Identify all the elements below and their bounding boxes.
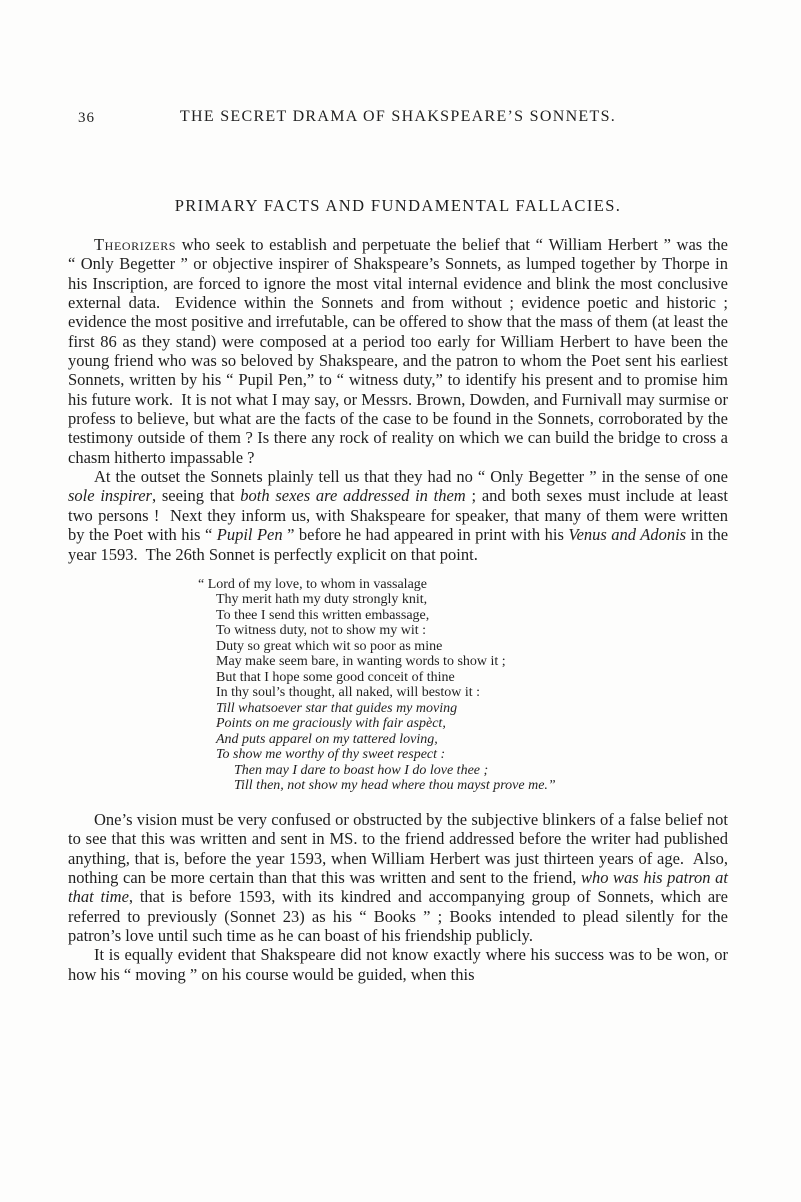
- poem-line: Duty so great which wit so poor as mine: [216, 639, 728, 655]
- running-header: THE SECRET DRAMA OF SHAKSPEARE’S SONNETS…: [68, 108, 728, 126]
- book-page: 36 THE SECRET DRAMA OF SHAKSPEARE’S SONN…: [0, 0, 801, 1202]
- poem-line: Then may I dare to boast how I do love t…: [216, 763, 728, 779]
- text-segment: sole inspirer: [68, 486, 152, 505]
- text-segment: , seeing that: [152, 486, 240, 505]
- text-segment: Venus and Adonis: [568, 525, 686, 544]
- poem-line: Points on me graciously with fair aspèct…: [216, 716, 728, 732]
- text-segment: who seek to establish and perpetuate the…: [68, 235, 728, 467]
- text-segment: At the outset the Sonnets plainly tell u…: [94, 467, 728, 486]
- poem-line: To witness duty, not to show my wit :: [216, 623, 728, 639]
- page-body: Theorizers who seek to establish and per…: [68, 235, 728, 984]
- paragraph-equally-evident: It is equally evident that Shakspeare di…: [68, 945, 728, 984]
- section-title: PRIMARY FACTS AND FUNDAMENTAL FALLACIES.: [68, 196, 728, 216]
- poem-line: In thy soul’s thought, all naked, will b…: [216, 685, 728, 701]
- sonnet-26-quote: “ Lord of my love, to whom in vassalageT…: [216, 577, 728, 794]
- text-segment: Theorizers: [94, 235, 176, 254]
- text-segment: ” before he had appeared in print with h…: [283, 525, 569, 544]
- paragraph-ones-vision: One’s vision must be very confused or ob…: [68, 810, 728, 945]
- paragraph-theorizers: Theorizers who seek to establish and per…: [68, 235, 728, 467]
- poem-line: Till whatsoever star that guides my movi…: [216, 701, 728, 717]
- poem-line: “ Lord of my love, to whom in vassalage: [216, 577, 728, 593]
- text-segment: , that is before 1593, with its kindred …: [68, 887, 728, 945]
- poem-line: And puts apparel on my tattered loving,: [216, 732, 728, 748]
- poem-line: To show me worthy of thy sweet respect :: [216, 747, 728, 763]
- text-segment: It is equally evident that Shakspeare di…: [68, 945, 728, 983]
- poem-line: Thy merit hath my duty strongly knit,: [216, 592, 728, 608]
- text-segment: Pupil Pen: [217, 525, 283, 544]
- paragraph-at-the-outset: At the outset the Sonnets plainly tell u…: [68, 467, 728, 564]
- poem-line: May make seem bare, in wanting words to …: [216, 654, 728, 670]
- poem-line: Till then, not show my head where thou m…: [216, 778, 728, 794]
- poem-line: But that I hope some good conceit of thi…: [216, 670, 728, 686]
- text-segment: both sexes are addressed in them: [240, 486, 465, 505]
- poem-line: To thee I send this written embassage,: [216, 608, 728, 624]
